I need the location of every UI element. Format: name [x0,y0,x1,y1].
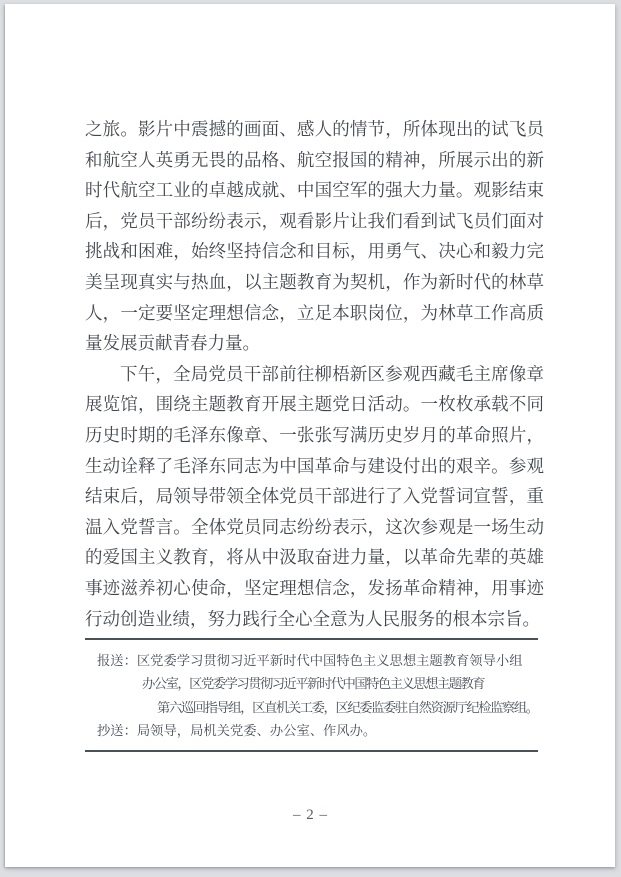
distribution-line: 第六巡回指导组，区直机关工委，区纪委监委驻自然资源厅纪检监察组。 [97,696,538,719]
separator-line-bottom [85,750,538,752]
distribution-lines: 报送：区党委学习贯彻习近平新时代中国特色主义思想主题教育领导小组 办公室，区党委… [85,640,538,750]
page-number: – 2 – [0,805,621,825]
body-paragraph: 下午，全局党员干部前往柳梧新区参观西藏毛主席像章展览馆，围绕主题教育开展主题党日… [85,359,544,634]
distribution-block: 报送：区党委学习贯彻习近平新时代中国特色主义思想主题教育领导小组 办公室，区党委… [85,638,538,752]
body-paragraph: 之旅。影片中震撼的画面、感人的情节，所体现出的试飞员和航空人英勇无畏的品格、航空… [85,114,544,359]
document-body: 之旅。影片中震撼的画面、感人的情节，所体现出的试飞员和航空人英勇无畏的品格、航空… [85,114,544,634]
distribution-line: 报送：区党委学习贯彻习近平新时代中国特色主义思想主题教育领导小组 [97,649,538,672]
distribution-line: 办公室，区党委学习贯彻习近平新时代中国特色主义思想主题教育 [97,672,538,695]
scanned-document-page: 之旅。影片中震撼的画面、感人的情节，所体现出的试飞员和航空人英勇无畏的品格、航空… [0,0,621,877]
distribution-line: 抄送：局领导，局机关党委、办公室、作风办。 [97,719,538,742]
